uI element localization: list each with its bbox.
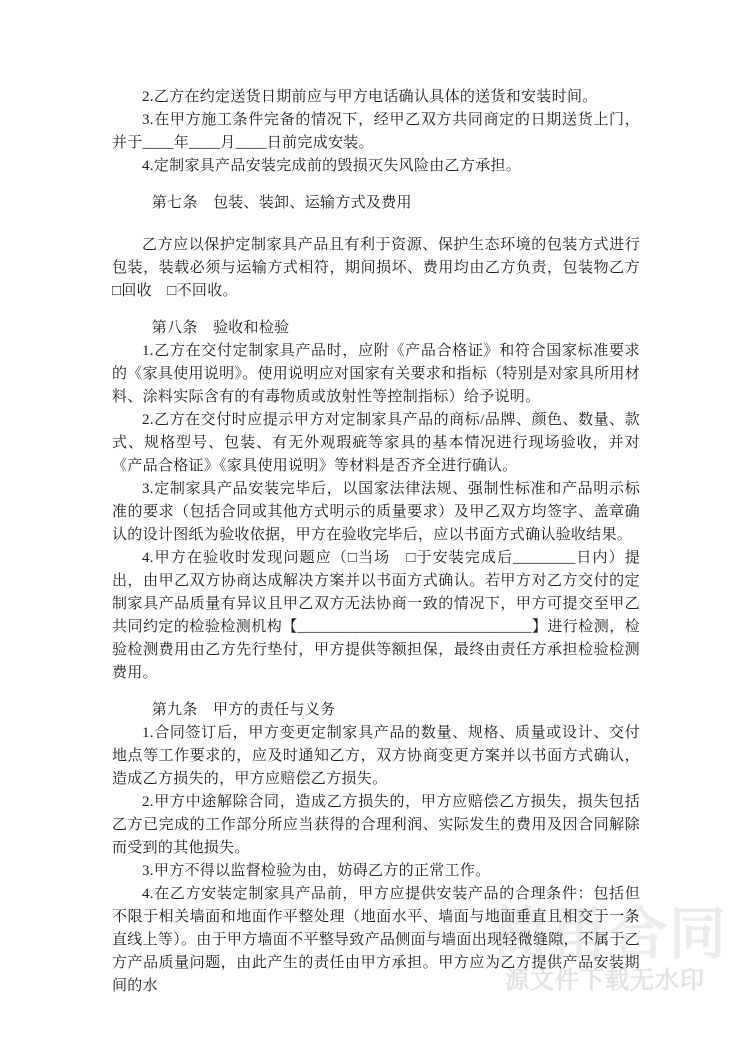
contract-clause-inspection-3: 3.定制家具产品安装完毕后，以国家法律法规、强制性标准和产品明示标准的要求（包括… <box>112 478 640 547</box>
contract-body: 2.乙方在约定送货日期前应与甲方电话确认具体的送货和安装时间。 3.在甲方施工条… <box>112 86 640 998</box>
contract-clause-inspection-4: 4.甲方在验收时发现问题应（□当场 □于安装完成后________日内）提出，由… <box>112 547 640 685</box>
contract-clause-delivery-4: 4.定制家具产品安装完成前的毁损灭失风险由乙方承担。 <box>112 155 640 178</box>
contract-clause-partyA-4: 4.在乙方安装定制家具产品前，甲方应提供安装产品的合理条件：包括但不限于相关墙面… <box>112 883 640 998</box>
contract-clause-packaging: 乙方应以保护定制家具产品且有利于资源、保护生态环境的包装方式进行包装，装载必须与… <box>112 234 640 303</box>
contract-clause-inspection-2: 2.乙方在交付时应提示甲方对定制家具产品的商标/品牌、颜色、数量、款式、规格型号… <box>112 409 640 478</box>
contract-clause-partyA-3: 3.甲方不得以监督检验为由，妨碍乙方的正常工作。 <box>112 860 640 883</box>
contract-clause-partyA-1: 1.合同签订后，甲方变更定制家具产品的数量、规格、质量或设计、交付地点等工作要求… <box>112 722 640 791</box>
section-heading-article-7: 第七条 包装、装卸、运输方式及费用 <box>112 192 640 215</box>
contract-page: 简甬合同 源文件下载无水印 2.乙方在约定送货日期前应与甲方电话确认具体的送货和… <box>0 0 742 1049</box>
section-heading-article-9: 第九条 甲方的责任与义务 <box>112 699 640 722</box>
contract-clause-delivery-2: 2.乙方在约定送货日期前应与甲方电话确认具体的送货和安装时间。 <box>112 86 640 109</box>
contract-clause-inspection-1: 1.乙方在交付定制家具产品时，应附《产品合格证》和符合国家标准要求的《家具使用说… <box>112 340 640 409</box>
contract-clause-partyA-2: 2.甲方中途解除合同，造成乙方损失的，甲方应赔偿乙方损失，损失包括乙方已完成的工… <box>112 791 640 860</box>
contract-clause-delivery-3: 3.在甲方施工条件完备的情况下，经甲乙双方共同商定的日期送货上门，并于____年… <box>112 109 640 155</box>
section-heading-article-8: 第八条 验收和检验 <box>112 317 640 340</box>
